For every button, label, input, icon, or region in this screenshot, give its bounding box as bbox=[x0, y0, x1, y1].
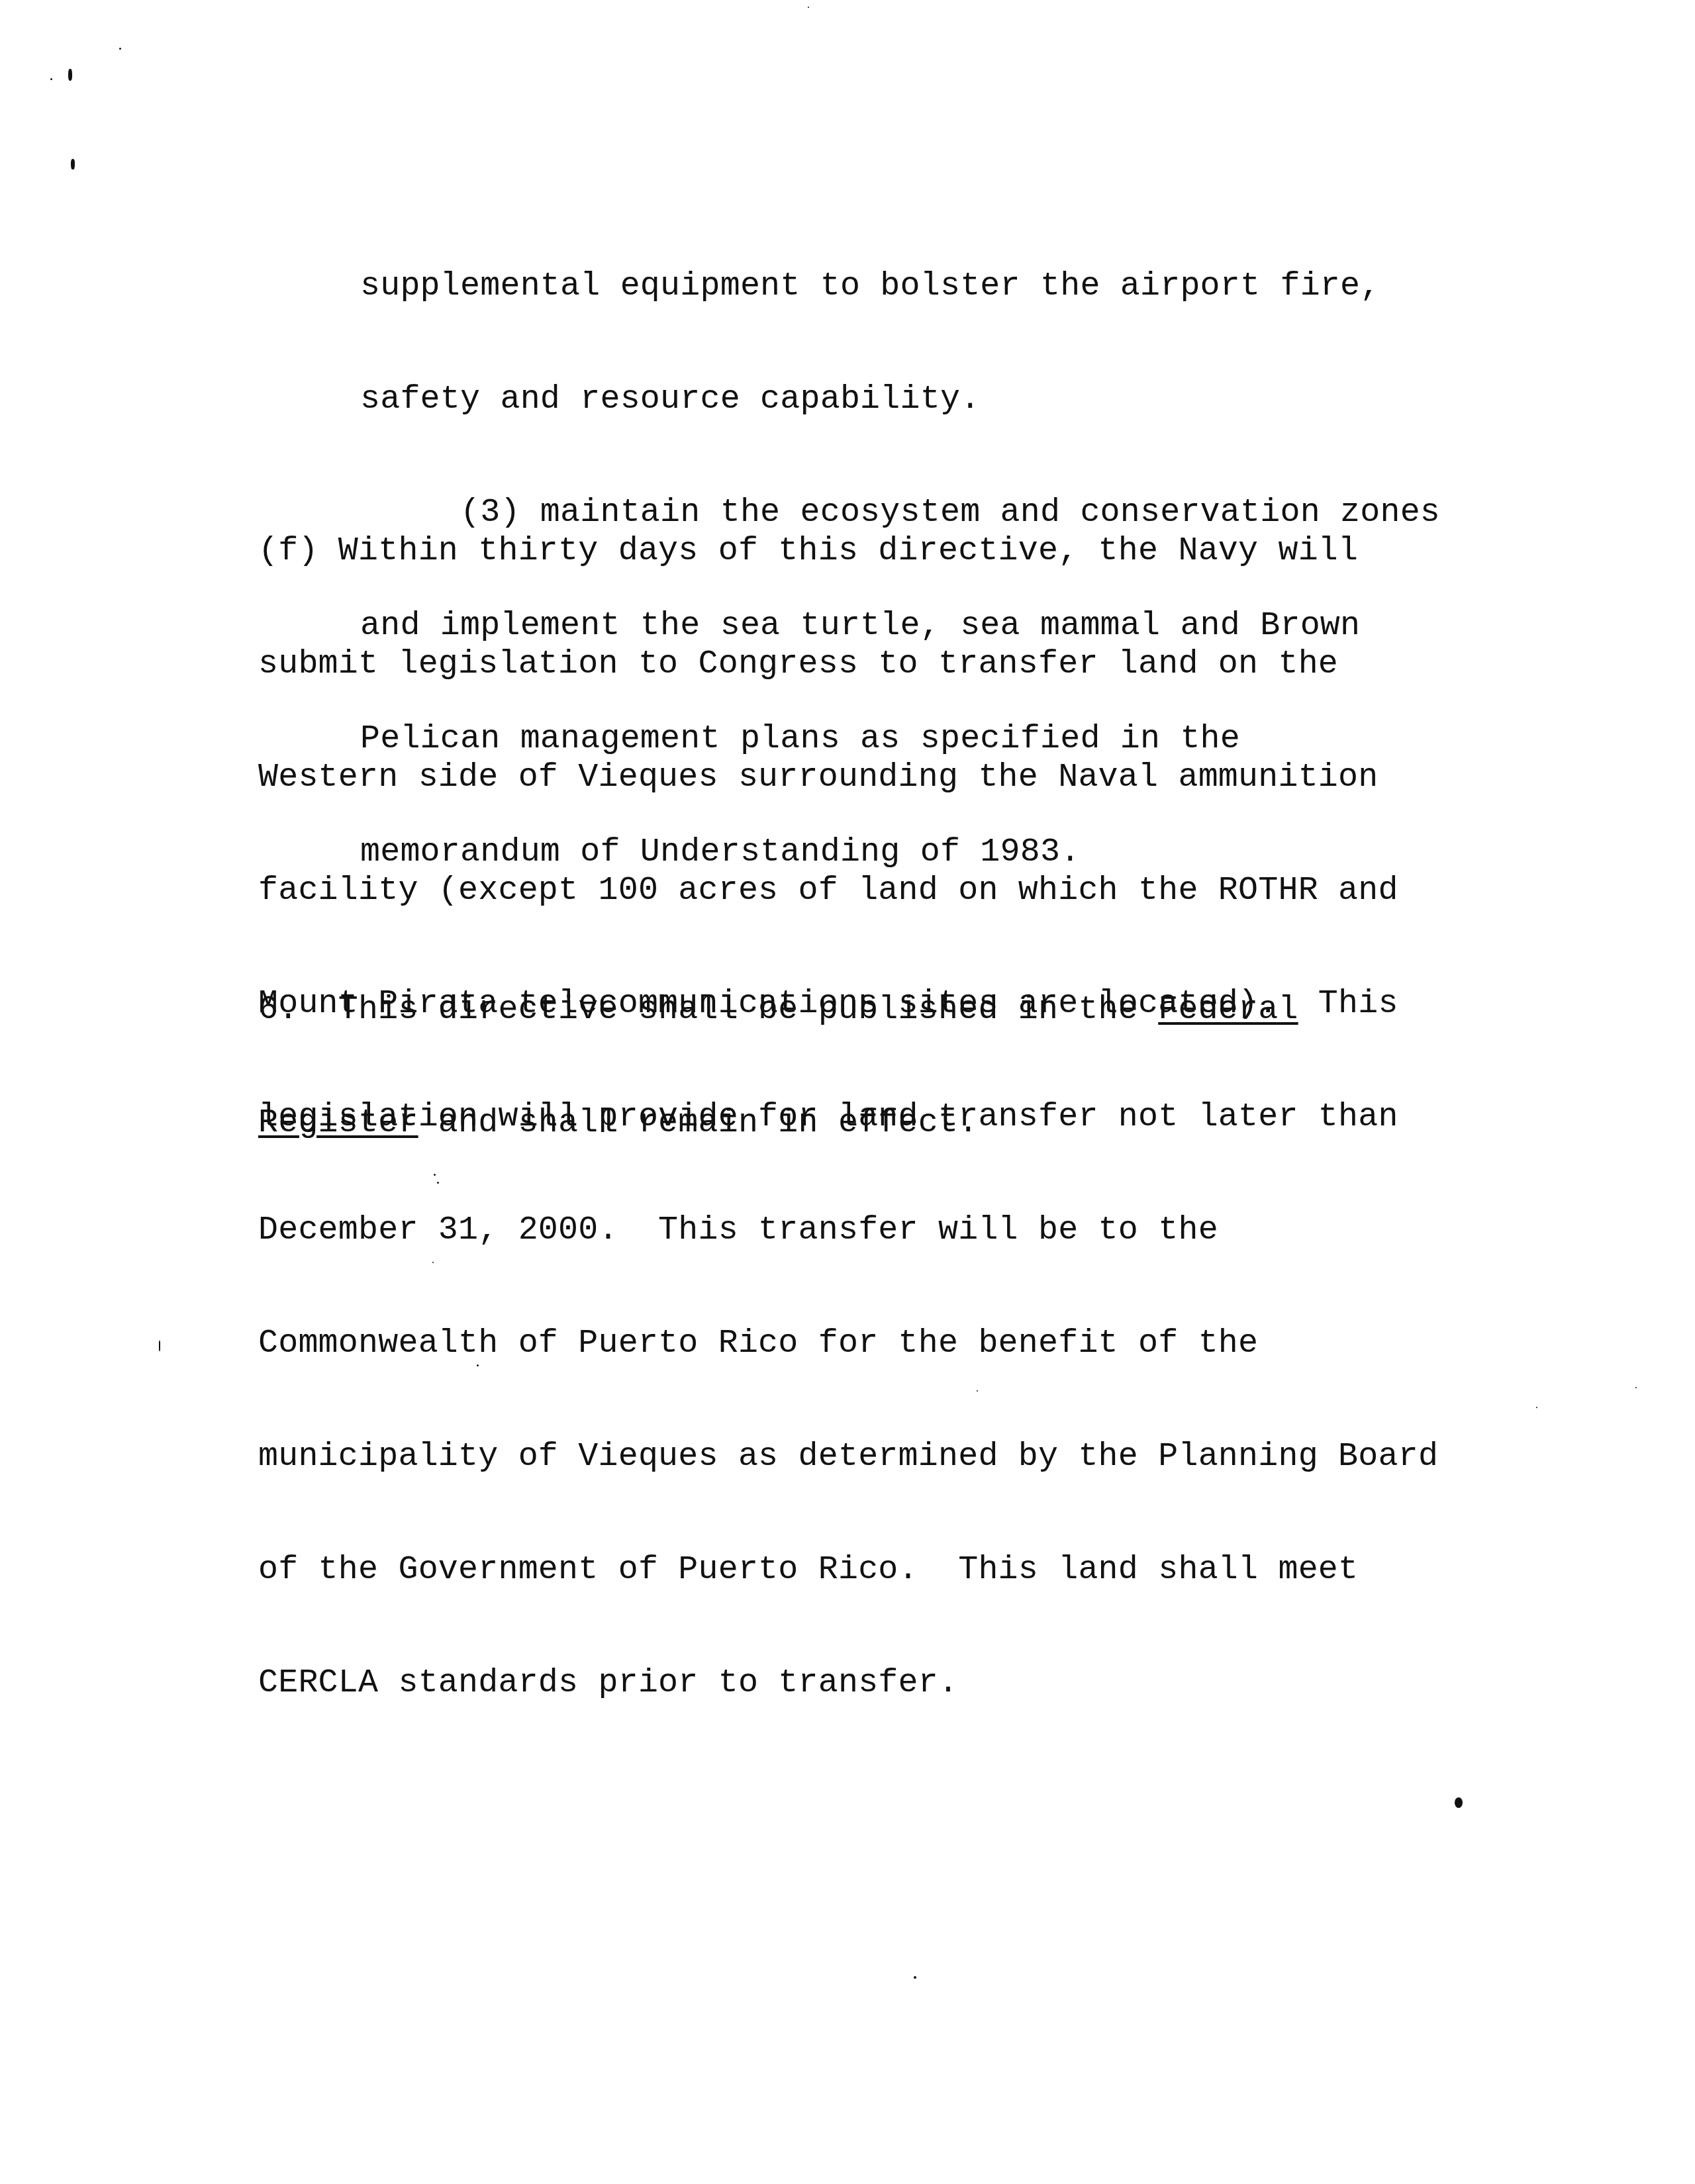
paragraph-6-text: and shall remain in effect. bbox=[418, 1104, 979, 1142]
text-line: supplemental equipment to bolster the ai… bbox=[360, 267, 1440, 305]
document-page: supplemental equipment to bolster the ai… bbox=[0, 0, 1695, 2184]
scan-speck bbox=[119, 48, 121, 50]
text-line: 6. This directive shall be published in … bbox=[258, 991, 1298, 1029]
text-line: of the Government of Puerto Rico. This l… bbox=[258, 1551, 1438, 1589]
text-line: facility (except 100 acres of land on wh… bbox=[258, 872, 1438, 910]
paragraph-6: 6. This directive shall be published in … bbox=[258, 916, 1298, 1217]
scan-speck bbox=[434, 1174, 436, 1176]
scan-speck bbox=[1635, 1387, 1637, 1388]
text-line: Register and shall remain in effect. bbox=[258, 1104, 1298, 1142]
scan-speck bbox=[808, 7, 809, 8]
scan-speck bbox=[977, 1390, 978, 1392]
text-line: Commonwealth of Puerto Rico for the bene… bbox=[258, 1325, 1438, 1362]
scan-speck bbox=[914, 1976, 916, 1979]
text-line: safety and resource capability. bbox=[360, 381, 1440, 418]
federal-register-title-part1: Federal bbox=[1158, 991, 1298, 1029]
text-line: CERCLA standards prior to transfer. bbox=[258, 1664, 1438, 1702]
scan-speck bbox=[159, 1341, 160, 1351]
text-line: Western side of Vieques surrounding the … bbox=[258, 759, 1438, 796]
text-line: submit legislation to Congress to transf… bbox=[258, 645, 1438, 683]
scan-speck bbox=[71, 159, 75, 169]
scan-speck bbox=[477, 1364, 479, 1366]
paragraph-6-text: 6. This directive shall be published in … bbox=[258, 991, 1158, 1029]
text-line: municipality of Vieques as determined by… bbox=[258, 1438, 1438, 1476]
scan-speck bbox=[1536, 1407, 1537, 1408]
scan-speck bbox=[1455, 1797, 1463, 1808]
scan-speck bbox=[50, 78, 52, 80]
text-line: (f) Within thirty days of this directive… bbox=[258, 532, 1438, 570]
scan-speck bbox=[68, 69, 72, 81]
federal-register-title-part2: Register bbox=[258, 1104, 418, 1142]
scan-speck bbox=[432, 1262, 434, 1263]
scan-speck bbox=[437, 1182, 439, 1184]
